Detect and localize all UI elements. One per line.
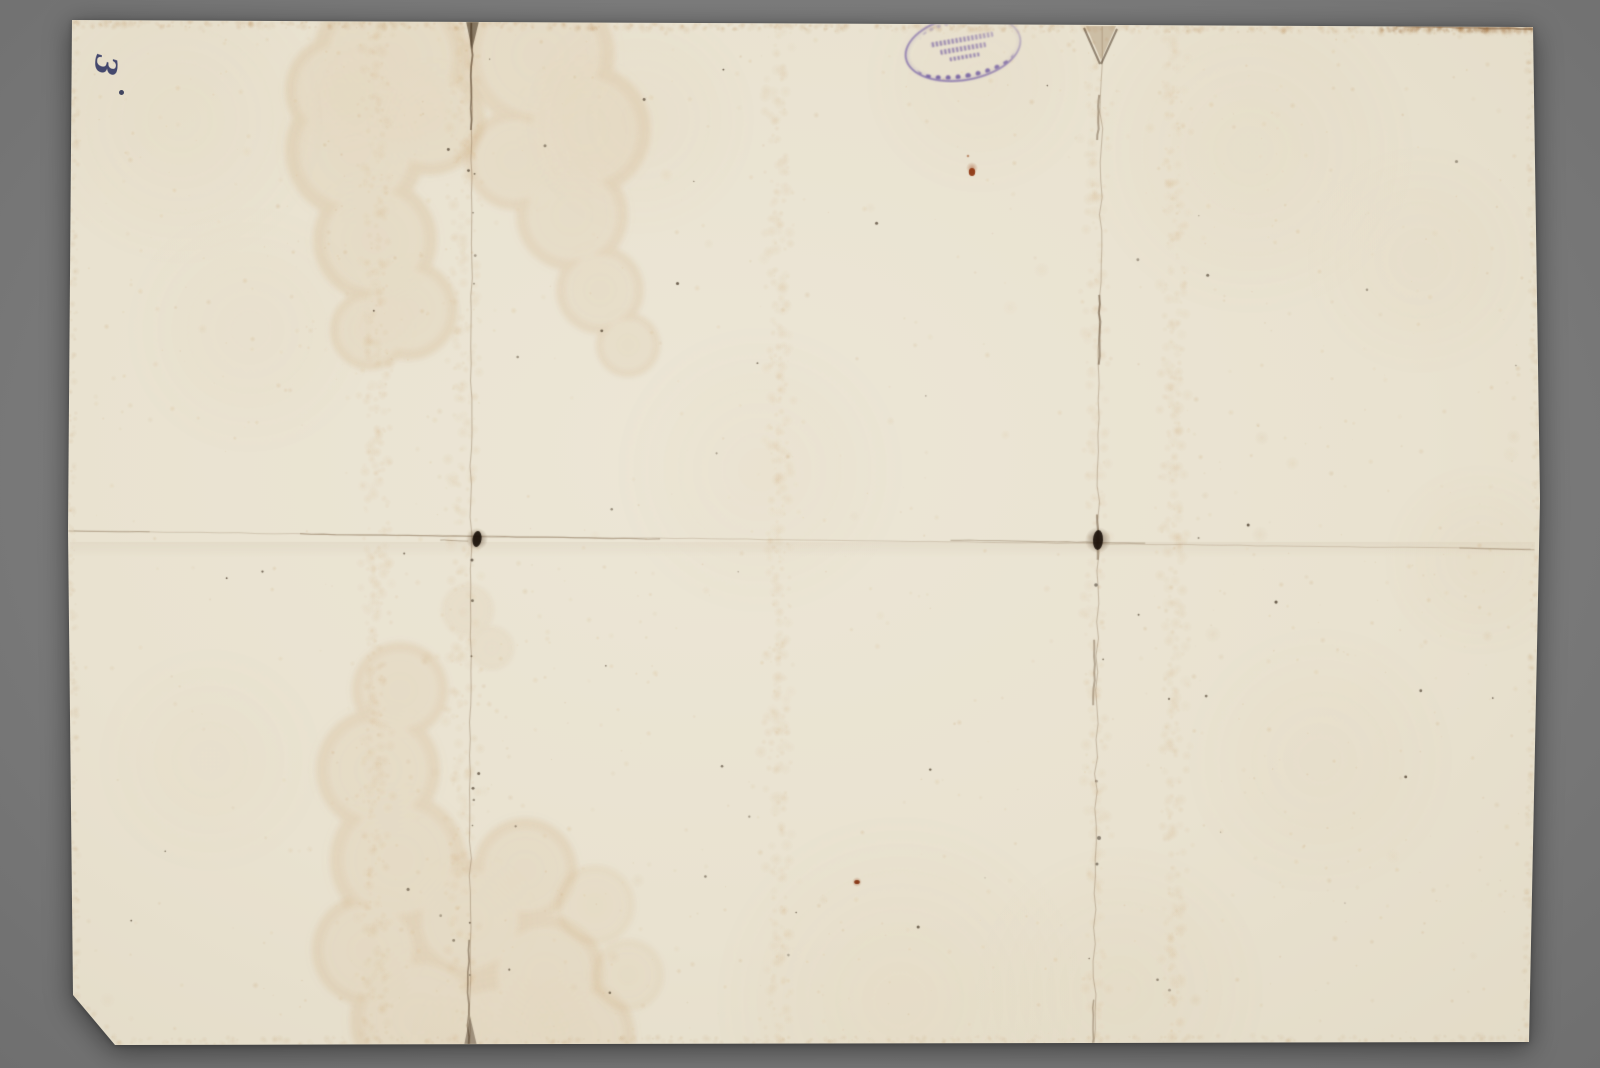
ink-dot [119,90,124,95]
paper-texture-canvas [0,0,1600,1068]
paper-shadow-wrap: 3 [0,0,1600,1068]
library-stamp [902,13,1024,83]
manuscript-verso: 3 [0,0,1600,1068]
stamp-body [897,3,1029,93]
photo-background: 3 [0,0,1600,1068]
page-number-annotation: 3 [88,53,120,77]
